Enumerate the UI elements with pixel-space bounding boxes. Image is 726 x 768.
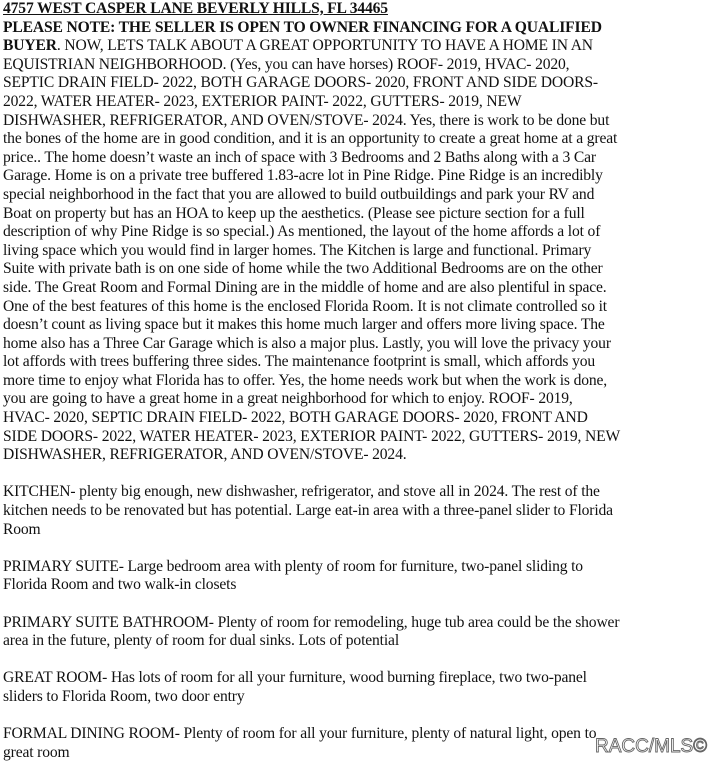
- intro-body-text: . NOW, LETS TALK ABOUT A GREAT OPPORTUNI…: [3, 37, 620, 463]
- room-formal-dining-paragraph: FORMAL DINING ROOM- Plenty of room for a…: [3, 725, 623, 762]
- property-address-title: 4757 WEST CASPER LANE BEVERLY HILLS, FL …: [3, 0, 623, 19]
- room-kitchen-paragraph: KITCHEN- plenty big enough, new dishwash…: [3, 483, 623, 539]
- listing-document: 4757 WEST CASPER LANE BEVERLY HILLS, FL …: [3, 0, 623, 762]
- intro-paragraph: PLEASE NOTE: THE SELLER IS OPEN TO OWNER…: [3, 19, 623, 465]
- mls-watermark: RACC/MLS©: [595, 736, 707, 758]
- room-great-room-paragraph: GREAT ROOM- Has lots of room for all you…: [3, 669, 623, 706]
- room-primary-suite-paragraph: PRIMARY SUITE- Large bedroom area with p…: [3, 558, 623, 595]
- room-primary-bath-paragraph: PRIMARY SUITE BATHROOM- Plenty of room f…: [3, 614, 623, 651]
